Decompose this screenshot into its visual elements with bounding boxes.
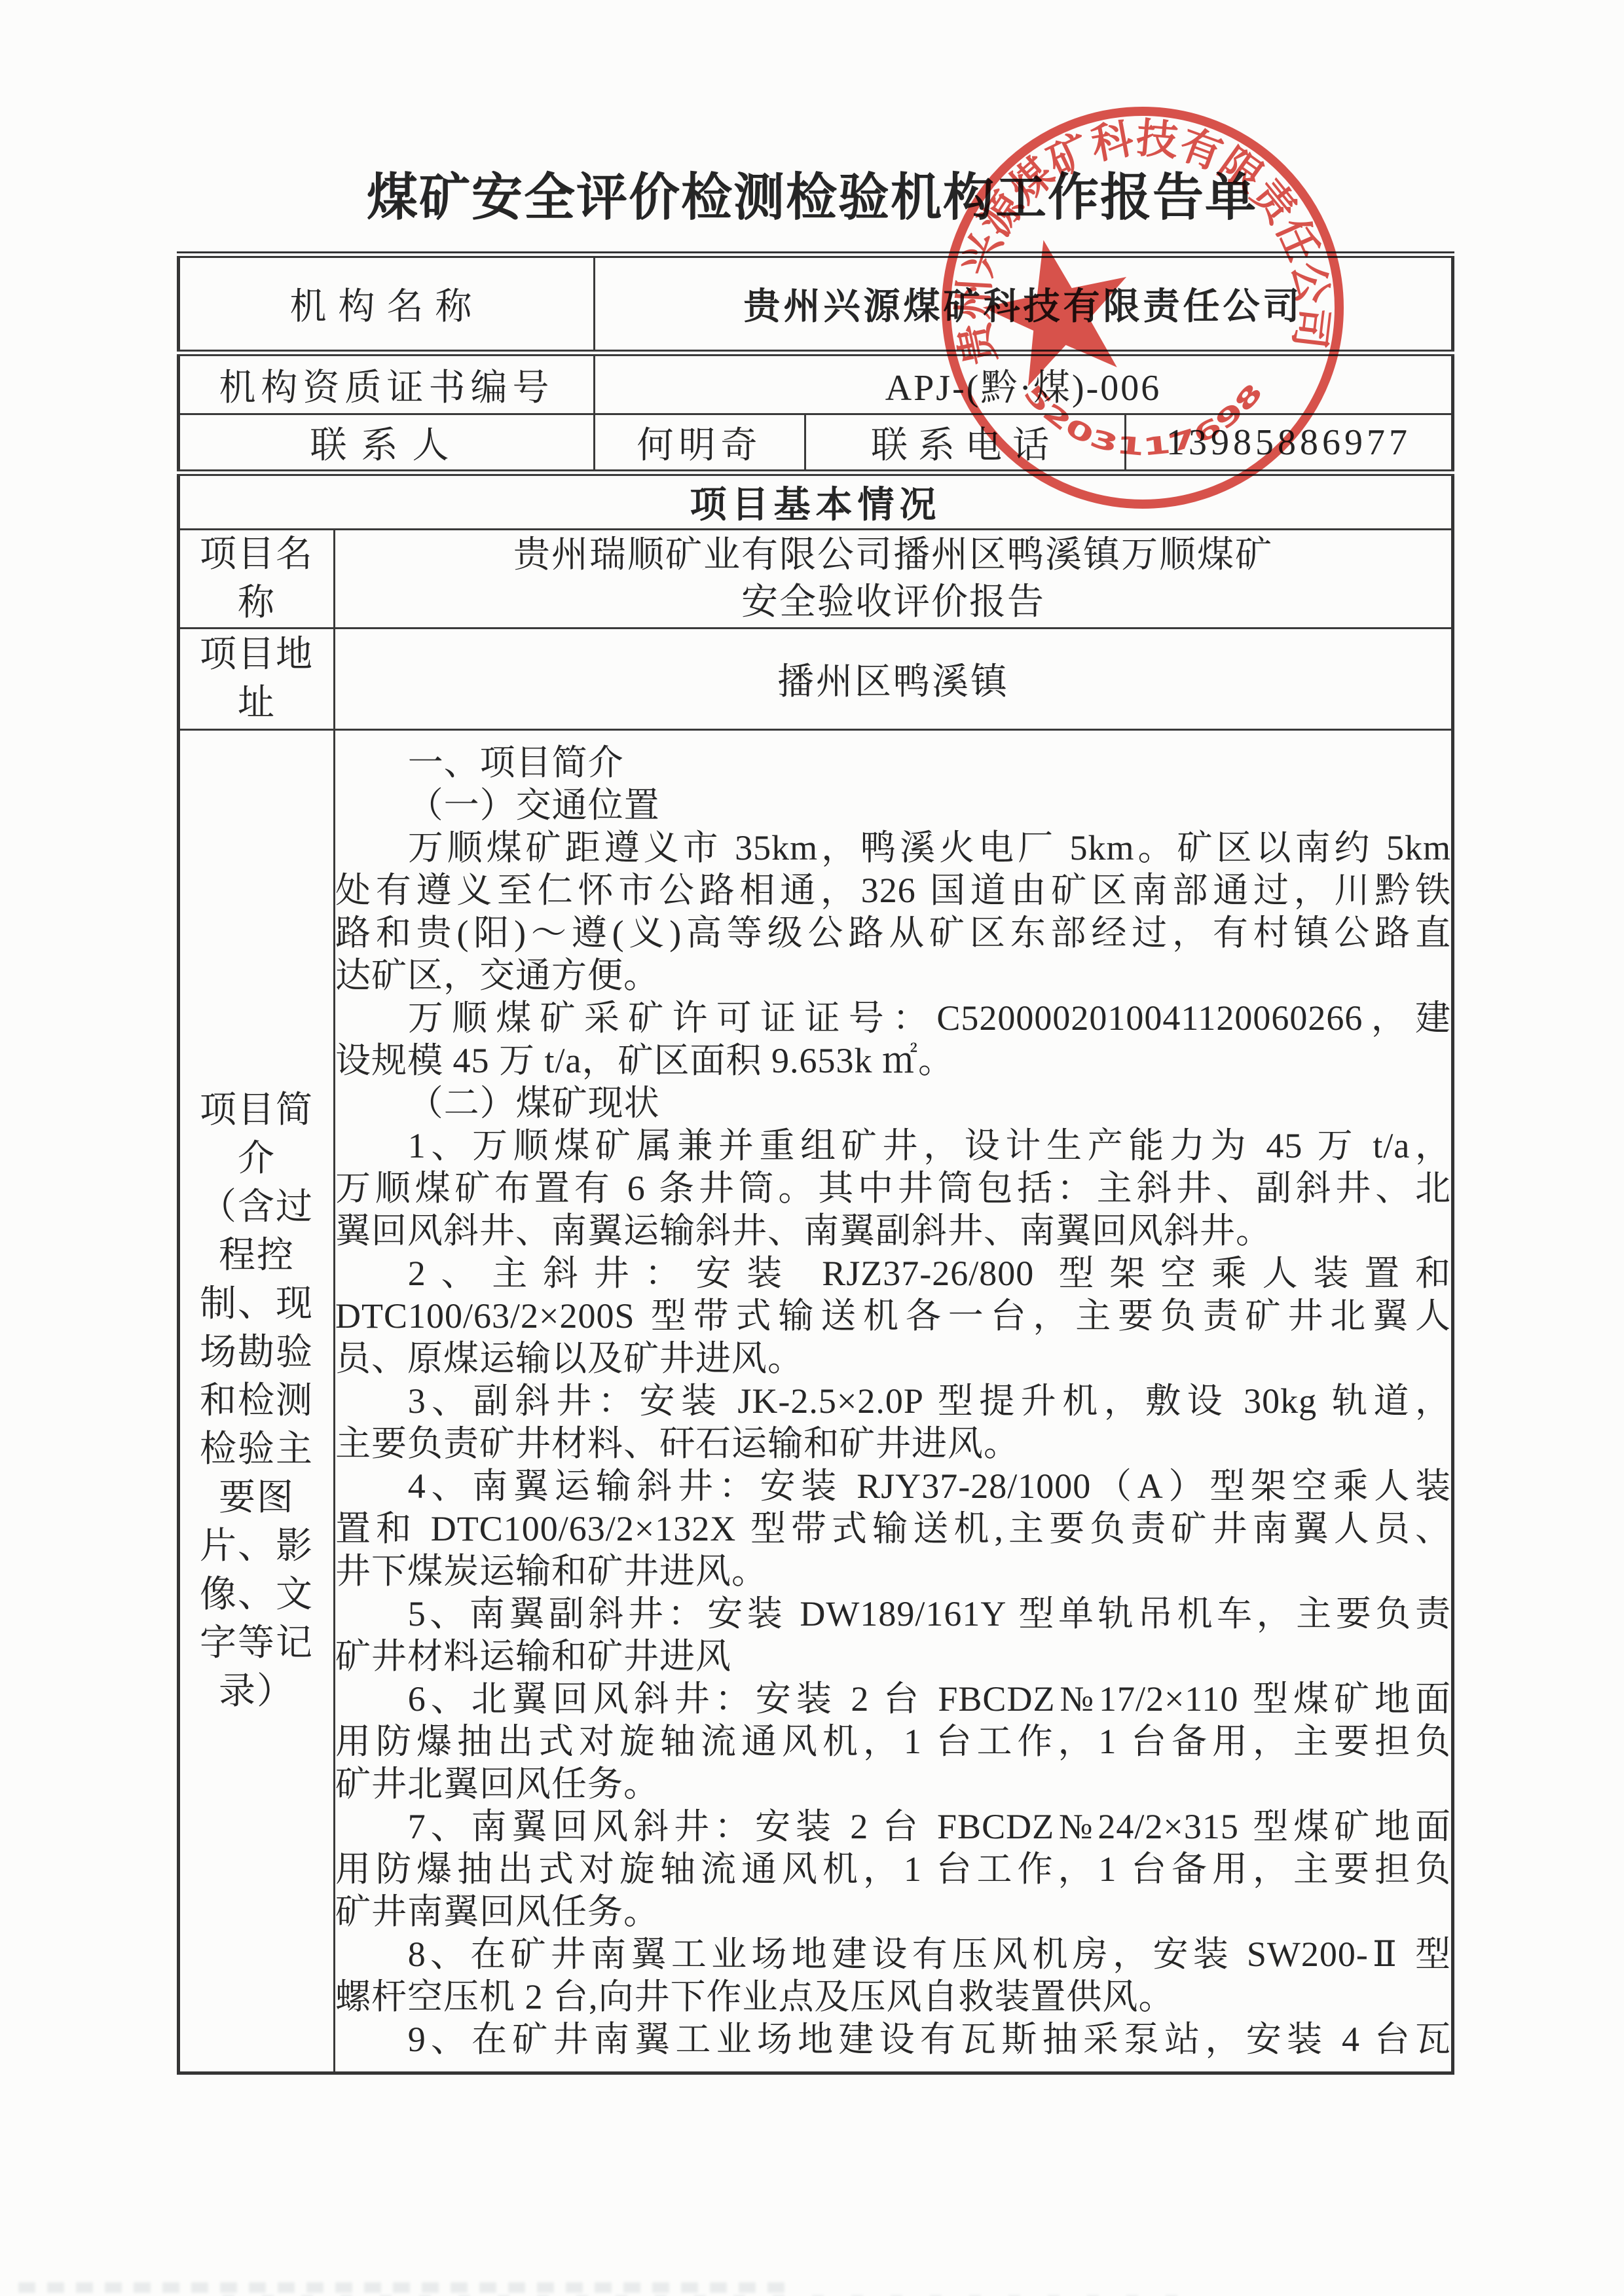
project-name-value: 贵州瑞顺矿业有限公司播州区鸭溪镇万顺煤矿安全验收评价报告 [335, 530, 1453, 629]
intro-text-line: 路和贵(阳)～遵(义)高等级公路从矿区东部经过，有村镇公路直 [335, 912, 1451, 955]
intro-text-line: 矿井材料运输和矿井进风 [335, 1635, 1451, 1678]
phone-value: 13985886977 [1126, 414, 1453, 473]
intro-text-line: 达矿区，交通方便。 [335, 955, 1451, 997]
intro-text-line: 矿井北翼回风任务。 [335, 1763, 1451, 1806]
scan-artifact [18, 2282, 784, 2293]
contact-label: 联系人 [179, 414, 595, 473]
project-intro-body: 一、项目简介（一）交通位置万顺煤矿距遵义市 35km，鸭溪火电厂 5km。矿区以… [335, 730, 1453, 2073]
intro-text-line: 8、在矿井南翼工业场地建设有压风机房，安装 SW200-Ⅱ 型 [335, 1933, 1451, 1976]
table-row: 机构名称 贵州兴源煤矿科技有限责任公司 [179, 255, 1453, 353]
text-line: 项目简 [180, 1086, 333, 1135]
page-title: 煤矿安全评价检测检验机构工作报告单 [0, 0, 1624, 228]
text-line: 检验主 [180, 1425, 333, 1474]
contact-value: 何明奇 [595, 414, 805, 473]
intro-text-line: 3、副斜井：安装 JK-2.5×2.0P 型提升机，敷设 30kg 轨道， [335, 1380, 1451, 1423]
table-row: 项目简介（含过程控制、现场勘验和检测检验主要图片、影像、文字等记录） 一、项目简… [179, 730, 1453, 2073]
intro-text-line: 员、原煤运输以及矿井进风。 [335, 1338, 1451, 1380]
intro-text-line: 螺杆空压机 2 台,向井下作业点及压风自救装置供风。 [335, 1976, 1451, 2018]
project-name-label: 项目名称 [179, 530, 335, 629]
intro-text-line: 用防爆抽出式对旋轴流通风机，1 台工作，1 台备用，主要担负 [335, 1848, 1451, 1891]
project-intro-label: 项目简介（含过程控制、现场勘验和检测检验主要图片、影像、文字等记录） [179, 730, 335, 2073]
text-line: 字等记 [180, 1619, 333, 1667]
intro-text-line: 万顺煤矿距遵义市 35km，鸭溪火电厂 5km。矿区以南约 5km [335, 827, 1451, 869]
intro-text-line: 主要负责矿井材料、矸石运输和矿井进风。 [335, 1423, 1451, 1465]
text-line: 要图 [180, 1474, 333, 1522]
table-row: 联系人 何明奇 联系电话 13985886977 [179, 414, 1453, 473]
intro-text-line: 7、南翼回风斜井：安装 2 台 FBCDZ№24/2×315 型煤矿地面 [335, 1806, 1451, 1848]
intro-text-line: 9、在矿井南翼工业场地建设有瓦斯抽采泵站，安装 4 台瓦 [335, 2018, 1451, 2061]
intro-text-line: 设规模 45 万 t/a，矿区面积 9.653k ㎡。 [335, 1040, 1451, 1082]
text-line: 项目名 [180, 530, 333, 579]
text-line: 片、影 [180, 1522, 333, 1571]
intro-text-line: 一、项目简介 [335, 742, 1451, 784]
intro-text-line: 处有遵义至仁怀市公路相通，326 国道由矿区南部通过，川黔铁 [335, 869, 1451, 912]
intro-text-line: 置和 DTC100/63/2×132X 型带式输送机,主要负责矿井南翼人员、 [335, 1508, 1451, 1550]
table-row: 项目基本情况 [179, 473, 1453, 530]
text-line: 录） [180, 1667, 333, 1716]
org-name-label: 机构名称 [179, 255, 595, 353]
intro-text-line: 井下煤炭运输和矿井进风。 [335, 1550, 1451, 1593]
intro-text-line: （二）煤矿现状 [335, 1082, 1451, 1125]
text-line: 贵州瑞顺矿业有限公司播州区鸭溪镇万顺煤矿 [335, 532, 1451, 579]
table-row: 项目地址 播州区鸭溪镇 [179, 629, 1453, 730]
text-line: 和检测 [180, 1377, 333, 1425]
intro-text-line: 2、主斜井：安装 RJZ37-26/800 型架空乘人装置和 [335, 1252, 1451, 1295]
text-line: 介 [180, 1135, 333, 1183]
phone-label: 联系电话 [805, 414, 1126, 473]
intro-text-line: 矿井南翼回风任务。 [335, 1891, 1451, 1933]
intro-text-line: 1、万顺煤矿属兼并重组矿井，设计生产能力为 45 万 t/a， [335, 1125, 1451, 1167]
table-row: 机构资质证书编号 APJ-(黔·煤)-006 [179, 353, 1453, 414]
intro-text-line: DTC100/63/2×200S 型带式输送机各一台，主要负责矿井北翼人 [335, 1295, 1451, 1338]
intro-text-line: 万顺煤矿布置有 6 条井筒。其中井筒包括：主斜井、副斜井、北 [335, 1167, 1451, 1210]
text-line: 安全验收评价报告 [335, 579, 1451, 626]
text-line: 场勘验 [180, 1328, 333, 1377]
text-line: 程控 [180, 1231, 333, 1280]
text-line: （含过 [180, 1183, 333, 1231]
text-line: 项目地 [180, 630, 333, 679]
text-line: 制、现 [180, 1280, 333, 1328]
scanned-report-page: 煤矿安全评价检测检验机构工作报告单 机构名称 贵州兴源煤矿科技有限责任公司 机构… [0, 0, 1624, 2296]
text-line: 像、文 [180, 1571, 333, 1619]
section-header: 项目基本情况 [179, 473, 1453, 530]
table-row: 项目名称 贵州瑞顺矿业有限公司播州区鸭溪镇万顺煤矿安全验收评价报告 [179, 530, 1453, 629]
intro-text-line: 5、南翼副斜井：安装 DW189/161Y 型单轨吊机车，主要负责 [335, 1593, 1451, 1635]
project-address-label: 项目地址 [179, 629, 335, 730]
intro-text-line: 万顺煤矿采矿许可证证号：C5200002010041120060266，建 [335, 997, 1451, 1040]
intro-text-line: 4、南翼运输斜井：安装 RJY37-28/1000（A）型架空乘人装 [335, 1465, 1451, 1508]
intro-text-line: 6、北翼回风斜井：安装 2 台 FBCDZ№17/2×110 型煤矿地面 [335, 1678, 1451, 1721]
cert-number-value: APJ-(黔·煤)-006 [595, 353, 1453, 414]
intro-text-line: 翼回风斜井、南翼运输斜井、南翼副斜井、南翼回风斜井。 [335, 1210, 1451, 1252]
report-table: 机构名称 贵州兴源煤矿科技有限责任公司 机构资质证书编号 APJ-(黔·煤)-0… [177, 251, 1454, 2075]
intro-text-line: 用防爆抽出式对旋轴流通风机，1 台工作，1 台备用，主要担负 [335, 1721, 1451, 1763]
text-line: 址 [180, 679, 333, 727]
text-line: 称 [180, 579, 333, 627]
project-address-value: 播州区鸭溪镇 [335, 629, 1453, 730]
cert-number-label: 机构资质证书编号 [179, 353, 595, 414]
org-name-value: 贵州兴源煤矿科技有限责任公司 [595, 255, 1453, 353]
intro-text-line: （一）交通位置 [335, 784, 1451, 827]
